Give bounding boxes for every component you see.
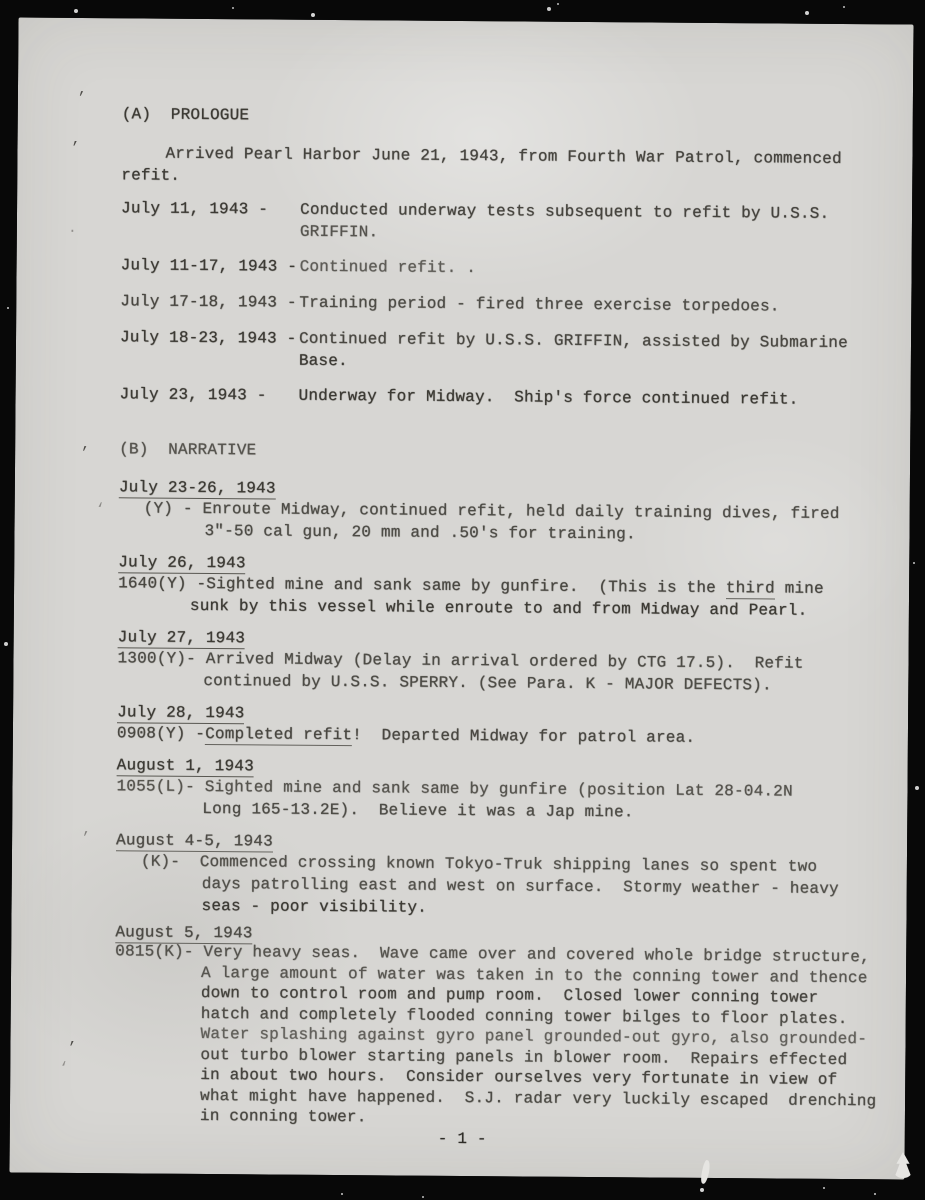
text-segment: (Y) - Enroute Midway, continued refit, h…	[144, 500, 840, 523]
document-line: July 27, 1943	[118, 628, 246, 648]
document-line: July 18-23, 1943 -	[120, 328, 297, 348]
text-segment: 1640(Y) -Sighted mine and sank same by g…	[118, 574, 726, 597]
document-line: Base.	[299, 352, 348, 371]
ink-speck: .	[68, 224, 77, 234]
scan-dust-specks	[0, 0, 2, 2]
document-line: (B) NARRATIVE	[119, 440, 256, 460]
text-segment: sunk by this vessel while enroute to and…	[190, 597, 808, 620]
text-segment: Continued refit. .	[300, 258, 477, 277]
document-line: Continued refit. .	[300, 258, 477, 278]
text-segment: refit.	[121, 166, 180, 184]
underlined-text: July 26, 1943	[118, 553, 246, 574]
text-segment: July 11-17, 1943 -	[121, 256, 298, 275]
text-segment: seas - poor visibility.	[202, 897, 428, 917]
document-line: August 4-5, 1943	[116, 831, 273, 851]
text-segment: out turbo blower starting panels in blow…	[200, 1046, 847, 1069]
text-segment: Conducted underway tests subsequent to r…	[300, 201, 829, 223]
document-line: days patrolling east and west on surface…	[202, 875, 839, 899]
text-segment: 0815(K)- Very heavy seas. Wave came over…	[115, 942, 870, 966]
document-line: Arrived Pearl Harbor June 21, 1943, from…	[165, 145, 841, 169]
document-line: 1640(Y) -Sighted mine and sank same by g…	[118, 574, 824, 599]
document-line: in about two hours. Consider ourselves v…	[200, 1066, 837, 1090]
document-line: 1055(L)- Sighted mine and sank same by g…	[116, 777, 792, 801]
text-segment: in conning tower.	[200, 1107, 367, 1126]
document-line: August 5, 1943	[115, 923, 252, 943]
text-segment: 1300(Y)- Arrived Midway (Delay in arriva…	[117, 649, 803, 672]
document-line: July 28, 1943	[117, 703, 245, 723]
document-line: Underway for Midway. Ship's force contin…	[299, 387, 799, 410]
text-segment: July 17-18, 1943 -	[120, 292, 297, 311]
document-line: 3"-50 cal gun, 20 mm and .50's for train…	[204, 522, 635, 544]
underlined-text: August 1, 1943	[117, 756, 254, 777]
text-segment: Arrived Pearl Harbor June 21, 1943, from…	[165, 145, 841, 168]
document-line: continued by U.S.S. SPERRY. (See Para. K…	[203, 672, 772, 695]
text-segment: hatch and completely flooded conning tow…	[201, 1005, 848, 1028]
text-segment: A large amount of water was taken in to …	[201, 964, 868, 987]
ink-speck: ‘	[59, 1064, 68, 1074]
document-line: (Y) - Enroute Midway, continued refit, h…	[144, 500, 840, 524]
text-segment: down to control room and pump room. Clos…	[201, 984, 819, 1007]
text-segment: 3"-50 cal gun, 20 mm and .50's for train…	[204, 522, 635, 543]
text-segment: Training period - fired three exercise t…	[299, 294, 779, 316]
document-line: 0908(Y) -Completed refit! Departed Midwa…	[117, 724, 695, 748]
text-segment: Continued refit by U.S.S. GRIFFIN, assis…	[299, 330, 848, 352]
document-line: in conning tower.	[200, 1107, 367, 1127]
underlined-text: July 27, 1943	[118, 628, 246, 649]
text-segment: ! Departed Midway for patrol area.	[352, 726, 695, 747]
text-segment: July 23, 1943 -	[120, 385, 267, 404]
document-line: down to control room and pump room. Clos…	[201, 984, 819, 1008]
page-number: - 1 -	[438, 1130, 487, 1148]
document-line: July 23, 1943 -	[120, 385, 267, 405]
text-segment: GRIFFIN.	[300, 223, 379, 242]
document-line: seas - poor visibility.	[201, 897, 427, 918]
underlined-text: third	[726, 579, 775, 599]
underlined-text: July 28, 1943	[117, 703, 245, 724]
ink-speck: ’	[77, 94, 86, 104]
text-segment: (B) NARRATIVE	[119, 440, 256, 459]
document-line: Conducted underway tests subsequent to r…	[300, 201, 829, 224]
ink-speck: ’	[80, 449, 89, 459]
text-segment: mine	[775, 579, 824, 597]
document-line: (A) PROLOGUE	[122, 105, 250, 125]
document-line: July 23-26, 1943	[119, 478, 276, 498]
ink-speck: ’	[67, 1044, 76, 1054]
scanned-document-background: { "page": { "number_label": "- 1 -", "pa…	[0, 0, 925, 1200]
text-segment: days patrolling east and west on surface…	[202, 875, 839, 898]
document-line: Long 165-13.2E). Believe it was a Jap mi…	[202, 800, 633, 822]
text-segment: Underway for Midway. Ship's force contin…	[299, 387, 799, 409]
text-segment: 0908(Y) -	[117, 724, 205, 743]
text-segment: (K)- Commenced crossing known Tokyo-Truk…	[141, 852, 817, 875]
underlined-text: August 5, 1943	[115, 923, 252, 944]
underlined-text: Completed refit	[205, 725, 352, 746]
ink-speck: ’	[70, 144, 79, 154]
text-segment: 1055(L)- Sighted mine and sank same by g…	[116, 777, 792, 800]
text-segment: Base.	[299, 352, 348, 370]
document-line: August 1, 1943	[117, 756, 254, 776]
typewritten-text-layer: (A) PROLOGUEArrived Pearl Harbor June 21…	[19, 18, 914, 25]
document-line: July 11, 1943 -	[121, 199, 268, 219]
document-line: Training period - fired three exercise t…	[299, 294, 779, 317]
underlined-text: July 23-26, 1943	[119, 478, 276, 499]
ink-speck: ‘	[96, 505, 105, 515]
text-segment: continued by U.S.S. SPERRY. (See Para. K…	[203, 672, 772, 694]
document-line: Continued refit by U.S.S. GRIFFIN, assis…	[299, 330, 848, 353]
underlined-text: August 4-5, 1943	[116, 831, 273, 852]
ink-speck: ’	[81, 834, 90, 844]
document-line: GRIFFIN.	[300, 223, 379, 243]
document-line: July 11-17, 1943 -	[121, 256, 298, 276]
document-page: (A) PROLOGUEArrived Pearl Harbor June 21…	[9, 18, 913, 1180]
document-line: July 17-18, 1943 -	[120, 292, 297, 312]
document-line: Water splashing against gyro panel groun…	[200, 1025, 867, 1049]
text-segment: July 18-23, 1943 -	[120, 328, 297, 347]
document-line: refit.	[121, 166, 180, 185]
text-segment: Water splashing against gyro panel groun…	[201, 1025, 868, 1048]
document-line: 1300(Y)- Arrived Midway (Delay in arriva…	[117, 649, 803, 673]
text-segment: Long 165-13.2E). Believe it was a Jap mi…	[202, 800, 633, 821]
document-line: sunk by this vessel while enroute to and…	[190, 597, 808, 621]
text-segment: in about two hours. Consider ourselves v…	[200, 1066, 837, 1089]
text-segment: July 11, 1943 -	[121, 199, 268, 218]
document-line: July 26, 1943	[118, 553, 246, 573]
document-line: (K)- Commenced crossing known Tokyo-Truk…	[141, 852, 817, 876]
text-segment: (A) PROLOGUE	[122, 105, 250, 124]
